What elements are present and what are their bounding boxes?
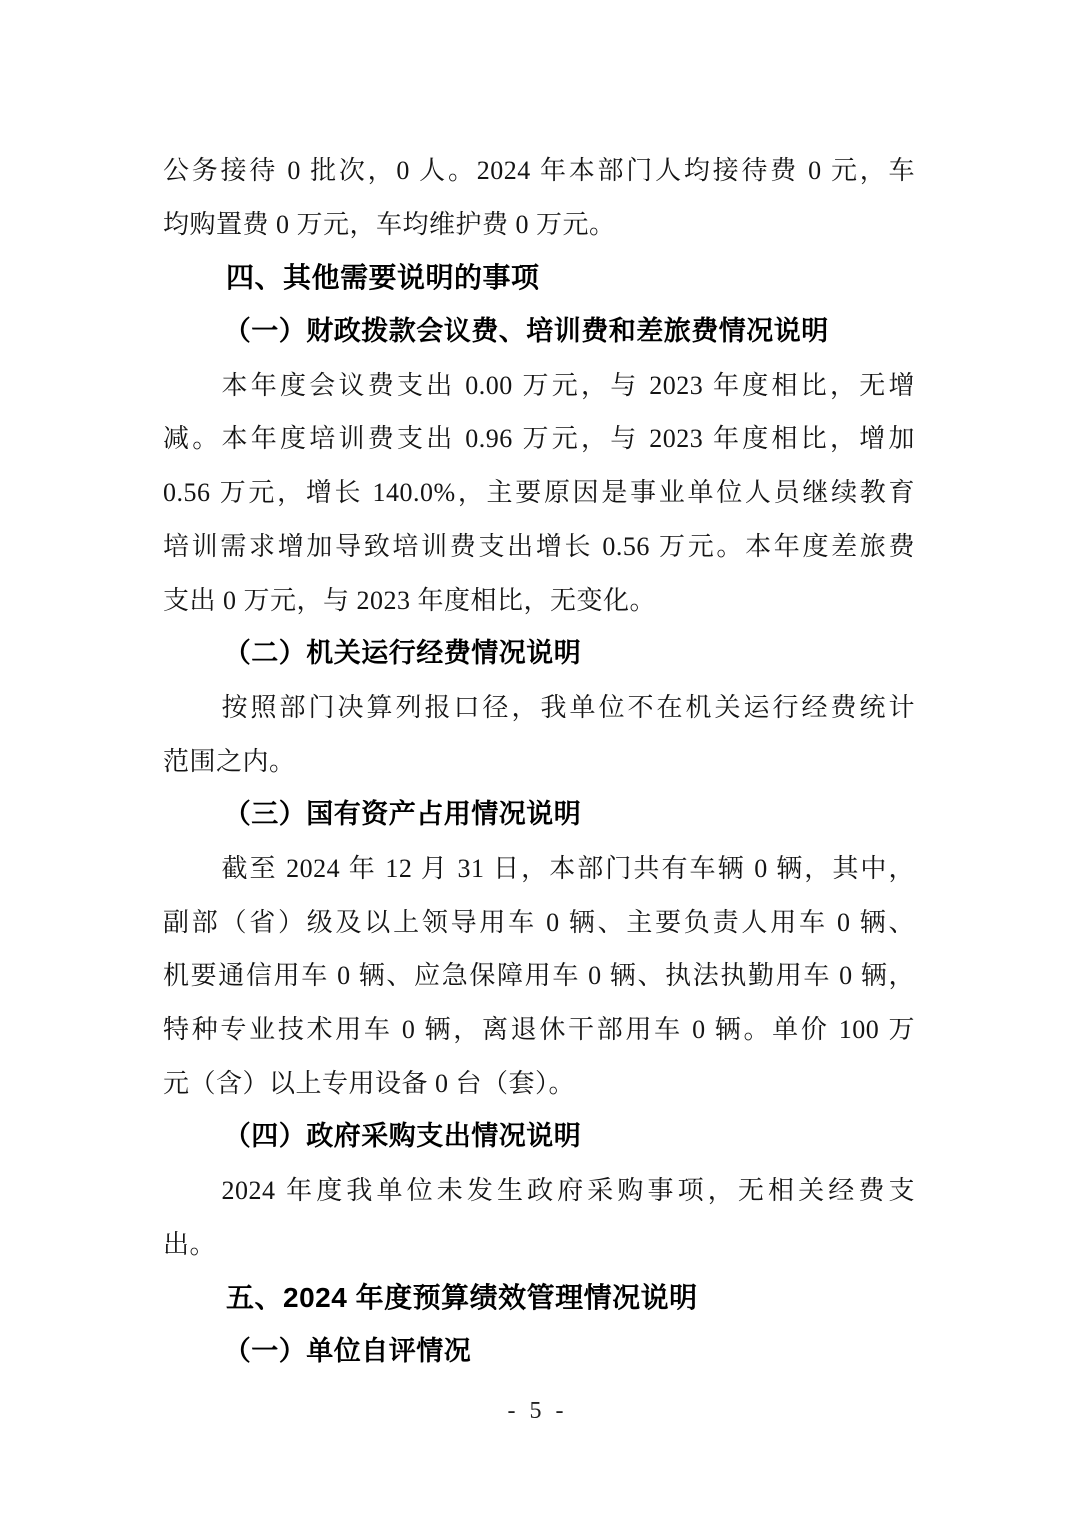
paragraph-line: 支出 0 万元，与 2023 年度相比，无变化。 [163, 574, 915, 628]
subsection-heading-4-2: （二）机关运行经费情况说明 [163, 627, 915, 681]
subsection-heading-4-3: （三）国有资产占用情况说明 [163, 788, 915, 842]
subsection-heading-5-1: （一）单位自评情况 [163, 1325, 915, 1379]
document-page: 公务接待 0 批次，0 人。2024 年本部门人均接待费 0 元，车 均购置费 … [0, 0, 1075, 1520]
paragraph-line: 公务接待 0 批次，0 人。2024 年本部门人均接待费 0 元，车 [163, 144, 915, 198]
paragraph-line: 副部（省）级及以上领导用车 0 辆、主要负责人用车 0 辆、 [163, 896, 915, 950]
paragraph-line: 本年度会议费支出 0.00 万元，与 2023 年度相比，无增 [163, 359, 915, 413]
paragraph-line: 元（含）以上专用设备 0 台（套）。 [163, 1057, 915, 1111]
paragraph-line: 机要通信用车 0 辆、应急保障用车 0 辆、执法执勤用车 0 辆， [163, 949, 915, 1003]
paragraph-line: 截至 2024 年 12 月 31 日，本部门共有车辆 0 辆，其中， [163, 842, 915, 896]
paragraph-line: 培训需求增加导致培训费支出增长 0.56 万元。本年度差旅费 [163, 520, 915, 574]
subsection-heading-4-1: （一）财政拨款会议费、培训费和差旅费情况说明 [163, 305, 915, 359]
section-heading-4: 四、其他需要说明的事项 [163, 251, 915, 305]
section-heading-5: 五、2024 年度预算绩效管理情况说明 [163, 1271, 915, 1325]
paragraph-line: 按照部门决算列报口径，我单位不在机关运行经费统计 [163, 681, 915, 735]
paragraph-line: 均购置费 0 万元，车均维护费 0 万元。 [163, 198, 915, 252]
paragraph-line: 特种专业技术用车 0 辆，离退休干部用车 0 辆。单价 100 万 [163, 1003, 915, 1057]
page-number: - 5 - [0, 1398, 1075, 1425]
paragraph-line: 0.56 万元，增长 140.0%，主要原因是事业单位人员继续教育 [163, 466, 915, 520]
paragraph-line: 出。 [163, 1218, 915, 1272]
paragraph-line: 范围之内。 [163, 735, 915, 789]
subsection-heading-4-4: （四）政府采购支出情况说明 [163, 1110, 915, 1164]
document-body: 公务接待 0 批次，0 人。2024 年本部门人均接待费 0 元，车 均购置费 … [163, 144, 915, 1379]
paragraph-line: 减。本年度培训费支出 0.96 万元，与 2023 年度相比，增加 [163, 412, 915, 466]
paragraph-line: 2024 年度我单位未发生政府采购事项，无相关经费支 [163, 1164, 915, 1218]
